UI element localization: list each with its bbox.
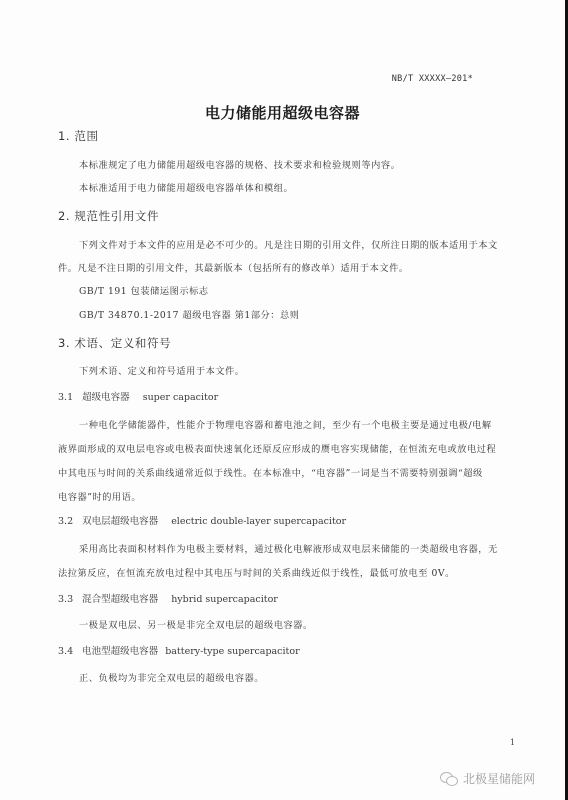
section-3-intro: 下列术语、定义和符号适用于本文件。: [79, 363, 245, 377]
term-number: 3.4: [58, 646, 73, 657]
section-1-heading: 1. 范围: [58, 128, 99, 144]
document-page: NB/T XXXXX—201* 电力储能用超级电容器 1. 范围 本标准规定了电…: [0, 0, 565, 800]
term-zh: 超级电容器: [82, 392, 130, 403]
reference-gbt-191: GB/T 191 包装储运图示标志: [79, 283, 209, 297]
term-number: 3.2: [58, 516, 73, 527]
term-3-3-heading: 3.3 混合型超级电容器 hybrid supercapacitor: [58, 591, 278, 605]
term-en: electric double-layer supercapacitor: [171, 516, 346, 527]
term-zh: 电池型超级电容器: [82, 646, 158, 657]
section-2-line-2: 件。凡是不注日期的引用文件，其最新版本（包括所有的修改单）适用于本文件。: [58, 260, 409, 274]
term-3-1-line-1: 一种电化学储能器件，性能介于物理电容器和蓄电池之间，至少有一个电极主要是通过电极…: [79, 417, 492, 431]
section-1-paragraph-1: 本标准规定了电力储能用超级电容器的规格、技术要求和检验规则等内容。: [79, 157, 400, 171]
watermark-text: 北极星储能网: [463, 770, 535, 787]
page-number: 1: [510, 738, 515, 747]
section-1-paragraph-2: 本标准适用于电力储能用超级电容器单体和模组。: [79, 180, 293, 194]
term-en: super capacitor: [143, 392, 218, 403]
term-en: hybrid supercapacitor: [171, 594, 278, 605]
section-3-heading: 3. 术语、定义和符号: [58, 335, 171, 351]
term-3-3-line-1: 一极是双电层、另一极是非完全双电层的超级电容器。: [79, 617, 313, 631]
wechat-icon: [440, 772, 458, 785]
term-3-4-line-1: 正、负极均为非完全双电层的超级电容器。: [79, 670, 264, 684]
section-2-line-1: 下列文件对于本文件的应用是必不可少的。凡是注日期的引用文件，仅所注日期的版本适用…: [79, 237, 498, 251]
term-number: 3.1: [58, 392, 73, 403]
term-3-2-line-1: 采用高比表面积材料作为电极主要材料，通过极化电解液形成双电层来储能的一类超级电容…: [79, 541, 498, 555]
term-3-1-line-3: 中其电压与时间的关系曲线通常近似于线性。在本标准中，“电容器”一词是当不需要特别…: [58, 465, 483, 479]
term-3-1-line-2: 液界面形成的双电层电容或电极表面快速氧化还原反应形成的赝电容实现储能，在恒流充电…: [58, 441, 496, 455]
term-zh: 混合型超级电容器: [82, 594, 158, 605]
reference-gbt-34870: GB/T 34870.1-2017 超级电容器 第1部分：总则: [79, 307, 300, 321]
term-3-1-line-4: 电容器”时的用语。: [58, 489, 141, 503]
term-3-2-line-2: 法拉第反应，在恒流充放电过程中其电压与时间的关系曲线近似于线性，最低可放电至 0…: [58, 565, 455, 579]
term-en: battery-type supercapacitor: [165, 646, 299, 657]
term-3-1-heading: 3.1 超级电容器 super capacitor: [58, 389, 218, 403]
watermark: 北极星储能网: [440, 770, 535, 787]
term-zh: 双电层超级电容器: [82, 516, 158, 527]
term-3-4-heading: 3.4 电池型超级电容器 battery-type supercapacitor: [58, 643, 300, 657]
term-number: 3.3: [58, 594, 73, 605]
document-title: 电力储能用超级电容器: [0, 102, 565, 123]
section-2-heading: 2. 规范性引用文件: [58, 208, 159, 224]
standard-code: NB/T XXXXX—201*: [392, 74, 473, 84]
term-3-2-heading: 3.2 双电层超级电容器 electric double-layer super…: [58, 513, 346, 527]
